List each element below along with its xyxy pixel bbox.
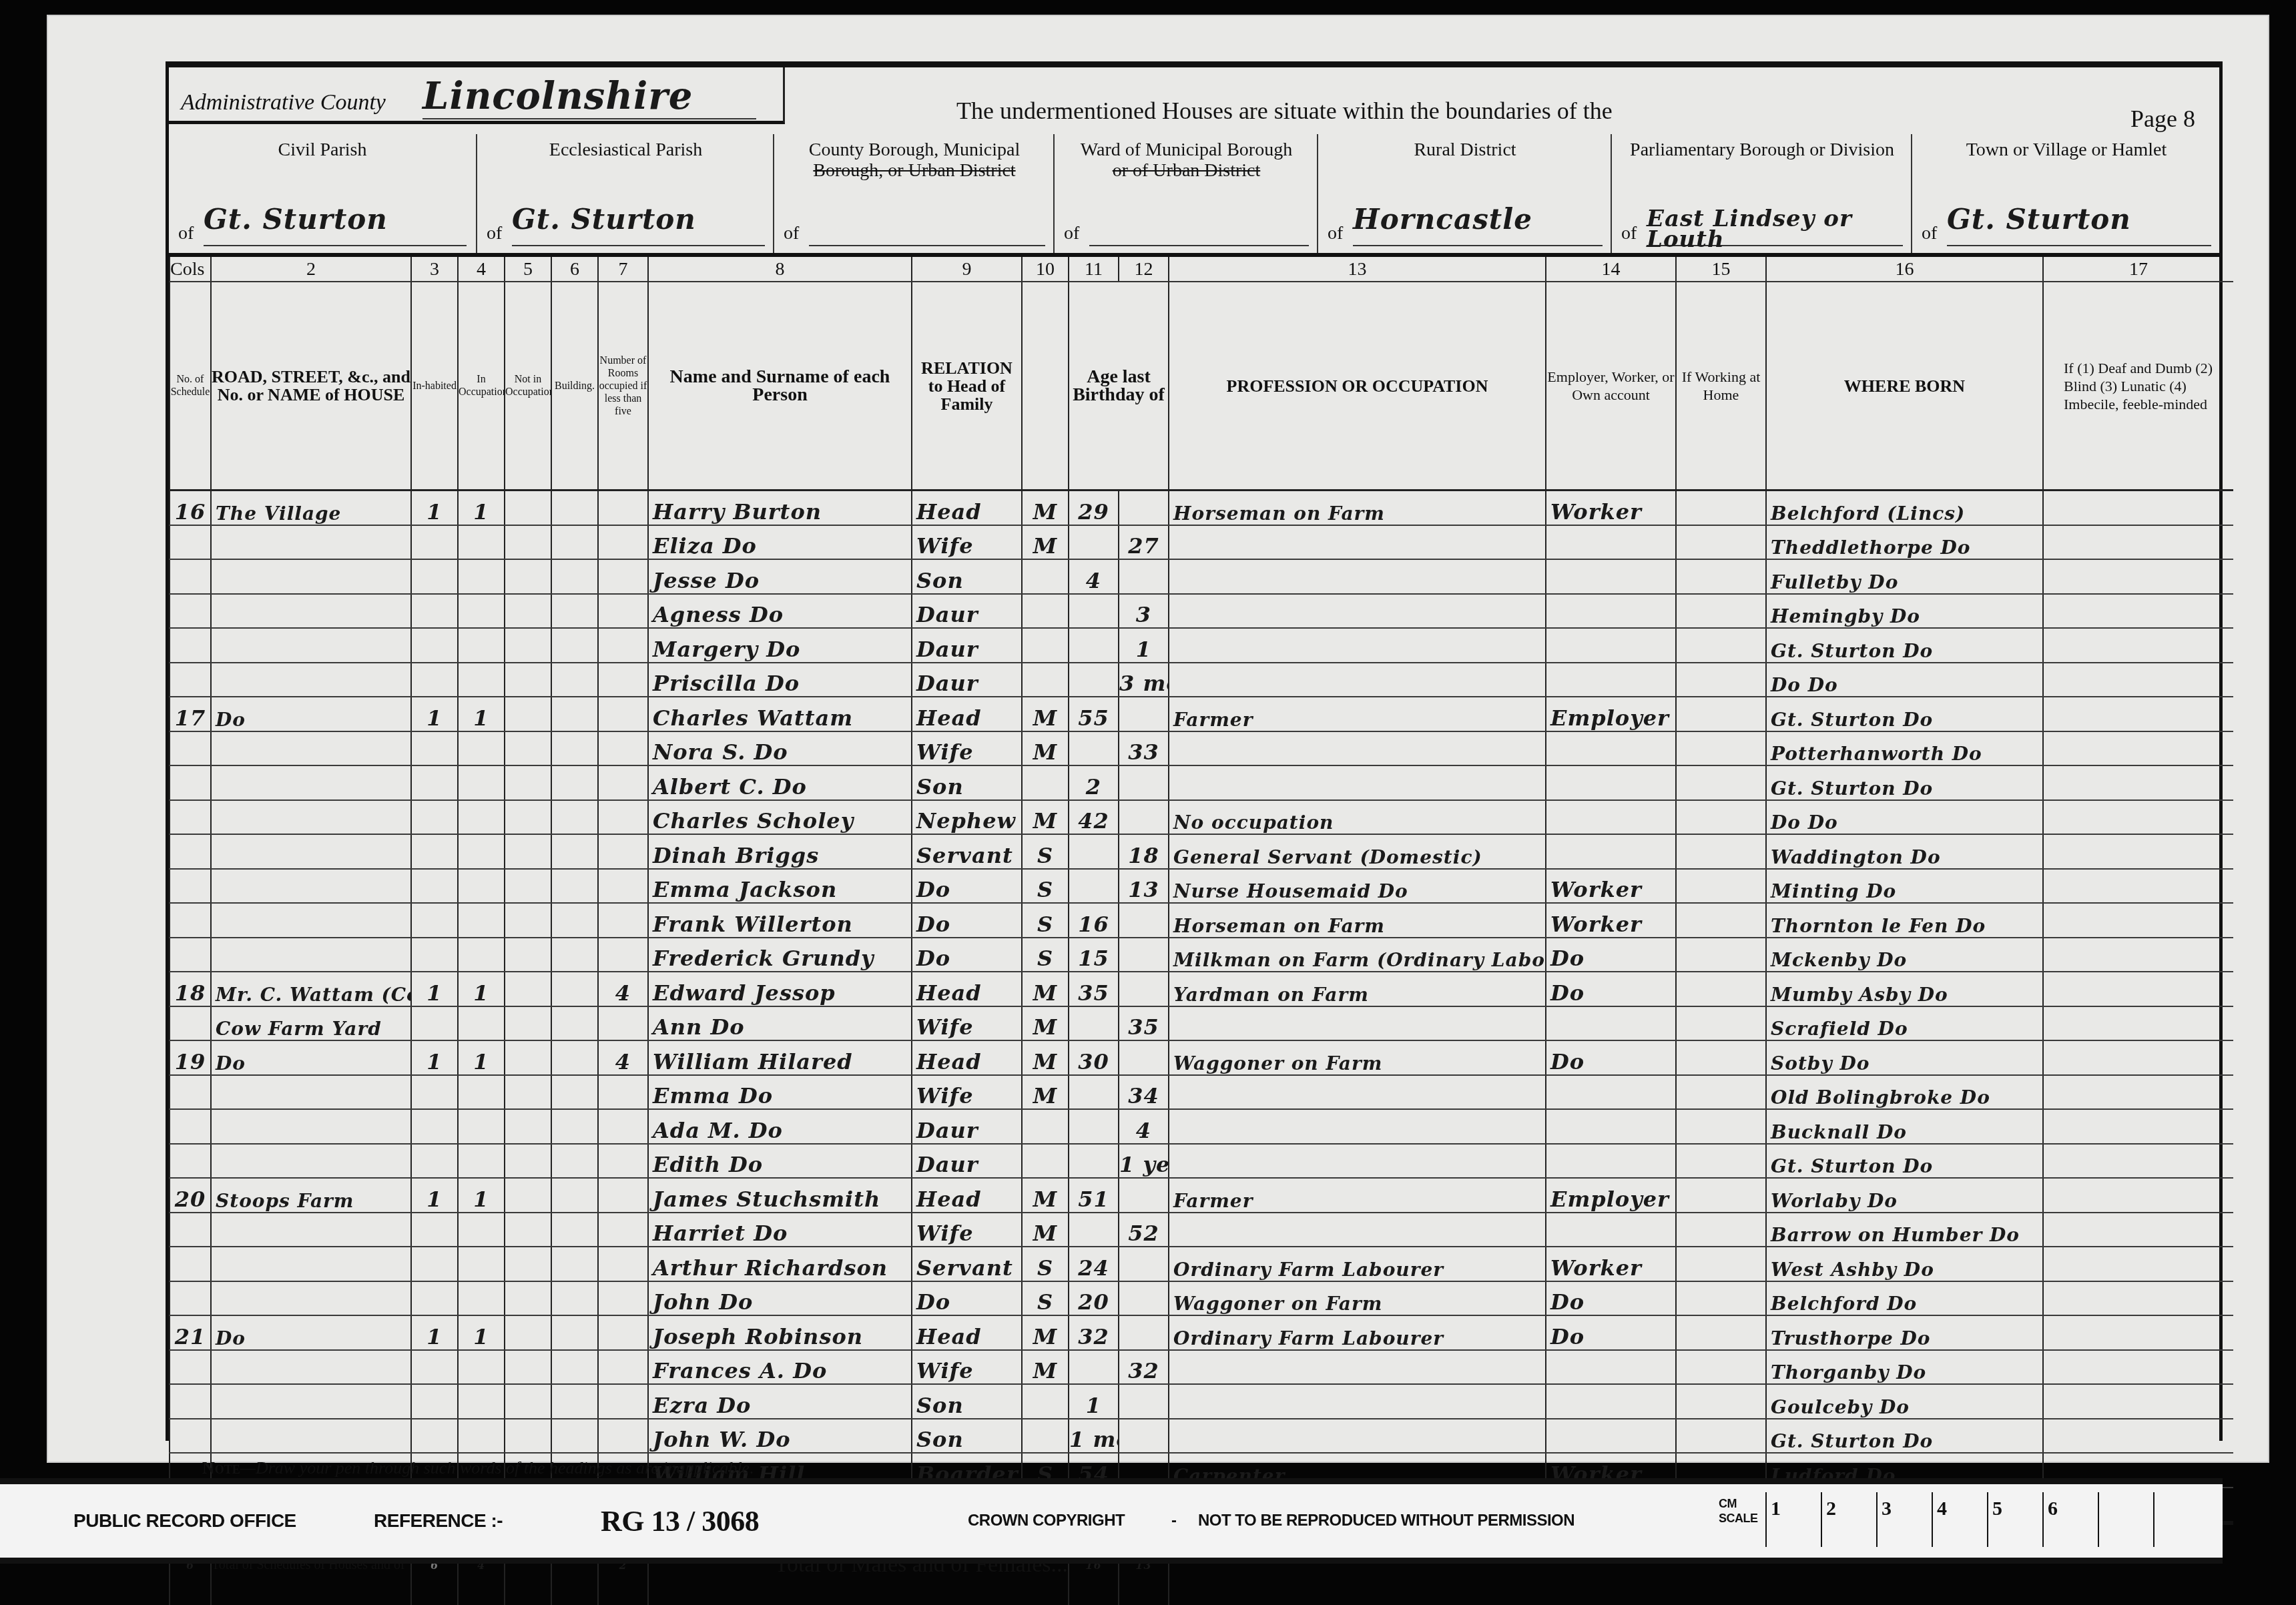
occupation — [1169, 1144, 1546, 1179]
occupation: Waggoner on Farm — [1169, 1040, 1546, 1075]
working-at-home — [1676, 1315, 1766, 1350]
working-at-home — [1676, 1384, 1766, 1419]
rooms — [598, 1384, 648, 1419]
not-in-occupation — [505, 1350, 551, 1385]
employer-worker: Worker — [1546, 491, 1676, 525]
inhabited — [411, 1144, 458, 1179]
table-row: 17Do11Charles WattamHeadM55FarmerEmploye… — [170, 697, 2233, 731]
employer-worker — [1546, 800, 1676, 835]
age-female — [1119, 1178, 1169, 1213]
house-name — [211, 834, 411, 869]
infirmity — [2043, 800, 2233, 835]
house-name: Cow Farm Yard — [211, 1006, 411, 1041]
age-female — [1119, 1247, 1169, 1281]
schedule-number — [170, 1281, 211, 1316]
occupation — [1169, 731, 1546, 766]
not-in-occupation — [505, 903, 551, 938]
infirmity — [2043, 1350, 2233, 1385]
marital-condition: M — [1022, 697, 1069, 731]
age-female: 33 — [1119, 731, 1169, 766]
infirmity — [2043, 731, 2233, 766]
working-at-home — [1676, 1040, 1766, 1075]
age-male: 42 — [1069, 800, 1119, 835]
not-in-occupation — [505, 1247, 551, 1281]
employer-worker: Worker — [1546, 1247, 1676, 1281]
inhabited — [411, 800, 458, 835]
rooms — [598, 525, 648, 560]
house-name — [211, 1281, 411, 1316]
person-name: Arthur Richardson — [648, 1247, 912, 1281]
rooms — [598, 1350, 648, 1385]
not-in-occupation — [505, 491, 551, 525]
age-female: 18 — [1119, 834, 1169, 869]
house-name — [211, 594, 411, 629]
person-name: Charles Wattam — [648, 697, 912, 731]
relation: Daur — [912, 628, 1022, 663]
infirmity — [2043, 559, 2233, 594]
schedule-number — [170, 800, 211, 835]
header-not-in-occupation: Not in Occupation. — [505, 282, 551, 491]
in-occupation — [458, 1075, 505, 1110]
working-at-home — [1676, 1419, 1766, 1454]
age-female: 52 — [1119, 1213, 1169, 1247]
header-working-at-home: If Working at Home — [1676, 282, 1766, 491]
inhabited — [411, 1247, 458, 1281]
schedule-number — [170, 903, 211, 938]
working-at-home — [1676, 938, 1766, 972]
not-in-occupation — [505, 1419, 551, 1454]
house-name: Stoops Farm — [211, 1178, 411, 1213]
where-born: Sotby Do — [1766, 1040, 2043, 1075]
infirmity — [2043, 1040, 2233, 1075]
working-at-home — [1676, 697, 1766, 731]
age-male: 55 — [1069, 697, 1119, 731]
employer-worker: Worker — [1546, 869, 1676, 904]
not-in-occupation — [505, 731, 551, 766]
infirmity — [2043, 1006, 2233, 1041]
marital-condition — [1022, 1419, 1069, 1454]
age-male: 1 — [1069, 1384, 1119, 1419]
rooms — [598, 800, 648, 835]
schedule-number: 19 — [170, 1040, 211, 1075]
relation: Do — [912, 903, 1022, 938]
person-name: Frederick Grundy — [648, 938, 912, 972]
table-row: Cow Farm YardAnn DoWifeM35Scrafield Do — [170, 1006, 2233, 1041]
inhabited — [411, 834, 458, 869]
where-born: Thornton le Fen Do — [1766, 903, 2043, 938]
relation: Servant — [912, 1247, 1022, 1281]
table-row: Edith DoDaur1 yearGt. Sturton Do — [170, 1144, 2233, 1179]
column-numbers: Cols 1 2 3 4 5 6 7 8 9 10 11 12 13 14 15… — [170, 257, 2233, 282]
inhabited — [411, 1281, 458, 1316]
occupation — [1169, 628, 1546, 663]
house-name — [211, 800, 411, 835]
in-occupation — [458, 594, 505, 629]
working-at-home — [1676, 1350, 1766, 1385]
marital-condition: M — [1022, 1178, 1069, 1213]
age-male: 4 — [1069, 559, 1119, 594]
in-occupation — [458, 1247, 505, 1281]
table-row: Emma JacksonDoS13Nurse Housemaid DoWorke… — [170, 869, 2233, 904]
inhabited: 1 — [411, 1040, 458, 1075]
header-building: Building. — [551, 282, 598, 491]
age-female: 4 — [1119, 1109, 1169, 1144]
inhabited: 1 — [411, 972, 458, 1006]
age-female — [1119, 697, 1169, 731]
where-born: Waddington Do — [1766, 834, 2043, 869]
rooms — [598, 1144, 648, 1179]
infirmity — [2043, 1213, 2233, 1247]
table-row: Arthur RichardsonServantS24Ordinary Farm… — [170, 1247, 2233, 1281]
infirmity — [2043, 1178, 2233, 1213]
age-female: 34 — [1119, 1075, 1169, 1110]
page-number: Page 8 — [2130, 105, 2195, 133]
rooms — [598, 1419, 648, 1454]
inhabited: 1 — [411, 1315, 458, 1350]
schedule-number: 18 — [170, 972, 211, 1006]
building — [551, 1384, 598, 1419]
area-value: Gt. Sturton — [512, 209, 765, 246]
area-town-village: Town or Village or Hamlet of Gt. Sturton — [1911, 134, 2221, 253]
rooms — [598, 1281, 648, 1316]
house-name — [211, 1213, 411, 1247]
age-female — [1119, 903, 1169, 938]
relation: Do — [912, 869, 1022, 904]
area-county-borough: County Borough, Municipal Borough, or Ur… — [773, 134, 1055, 253]
person-name: Margery Do — [648, 628, 912, 663]
in-occupation: 1 — [458, 1315, 505, 1350]
inhabited — [411, 938, 458, 972]
marital-condition: M — [1022, 1213, 1069, 1247]
rooms — [598, 491, 648, 525]
occupation: Ordinary Farm Labourer — [1169, 1247, 1546, 1281]
area-value — [809, 209, 1045, 246]
employer-worker: Do — [1546, 1315, 1676, 1350]
building — [551, 1040, 598, 1075]
infirmity — [2043, 1281, 2233, 1316]
schedule-number — [170, 869, 211, 904]
public-record-office: PUBLIC RECORD OFFICE — [73, 1510, 296, 1532]
rooms — [598, 731, 648, 766]
marital-condition: M — [1022, 1006, 1069, 1041]
occupation: General Servant (Domestic) — [1169, 834, 1546, 869]
relation: Head — [912, 491, 1022, 525]
header-inhabited: In-habited — [411, 282, 458, 491]
in-occupation — [458, 765, 505, 800]
building — [551, 491, 598, 525]
working-at-home — [1676, 903, 1766, 938]
marital-condition: M — [1022, 491, 1069, 525]
age-female — [1119, 972, 1169, 1006]
employer-worker — [1546, 1144, 1676, 1179]
working-at-home — [1676, 1247, 1766, 1281]
occupation: Yardman on Farm — [1169, 972, 1546, 1006]
table-row: Albert C. DoSon2Gt. Sturton Do — [170, 765, 2233, 800]
marital-condition — [1022, 1384, 1069, 1419]
working-at-home — [1676, 834, 1766, 869]
in-occupation: 1 — [458, 1040, 505, 1075]
relation: Son — [912, 1384, 1022, 1419]
marital-condition: M — [1022, 1075, 1069, 1110]
employer-worker: Do — [1546, 938, 1676, 972]
reference-number: RG 13 / 3068 — [601, 1504, 759, 1538]
table-row: Priscilla DoDaur3 monthsDo Do — [170, 663, 2233, 697]
building — [551, 731, 598, 766]
table-row: Ezra DoSon1Goulceby Do — [170, 1384, 2233, 1419]
person-name: Nora S. Do — [648, 731, 912, 766]
relation: Son — [912, 765, 1022, 800]
working-at-home — [1676, 559, 1766, 594]
marital-condition: S — [1022, 1247, 1069, 1281]
infirmity — [2043, 834, 2233, 869]
age-male — [1069, 834, 1119, 869]
age-female: 13 — [1119, 869, 1169, 904]
age-female — [1119, 1384, 1169, 1419]
table-row: 20Stoops Farm11James StuchsmithHeadM51Fa… — [170, 1178, 2233, 1213]
building — [551, 1315, 598, 1350]
not-in-occupation — [505, 559, 551, 594]
area-label: Civil Parish — [169, 134, 476, 160]
relation: Head — [912, 1178, 1022, 1213]
relation: Daur — [912, 594, 1022, 629]
marital-condition: M — [1022, 525, 1069, 560]
employer-worker: Do — [1546, 1281, 1676, 1316]
house-name — [211, 1109, 411, 1144]
age-male — [1069, 525, 1119, 560]
building — [551, 1178, 598, 1213]
header-condition: Condition as to Marriage — [1022, 282, 1069, 491]
age-male: 29 — [1069, 491, 1119, 525]
occupation: Waggoner on Farm — [1169, 1281, 1546, 1316]
where-born: Barrow on Humber Do — [1766, 1213, 2043, 1247]
working-at-home — [1676, 1075, 1766, 1110]
rooms — [598, 1315, 648, 1350]
in-occupation — [458, 525, 505, 560]
header-occupation: PROFESSION OR OCCUPATION — [1169, 282, 1546, 491]
header-employer: Employer, Worker, or Own account — [1546, 282, 1676, 491]
age-female — [1119, 491, 1169, 525]
in-occupation — [458, 834, 505, 869]
relation: Head — [912, 697, 1022, 731]
infirmity — [2043, 697, 2233, 731]
schedule-number — [170, 628, 211, 663]
where-born: Gt. Sturton Do — [1766, 765, 2043, 800]
where-born: Potterhanworth Do — [1766, 731, 2043, 766]
area-label-struck: or of Urban District — [1055, 160, 1318, 181]
person-name: Agness Do — [648, 594, 912, 629]
person-name: William Hilared — [648, 1040, 912, 1075]
employer-worker — [1546, 765, 1676, 800]
infirmity — [2043, 869, 2233, 904]
header-in-occupation: In Occupation. — [458, 282, 505, 491]
person-name: Harriet Do — [648, 1213, 912, 1247]
header-name: Name and Surname of each Person — [648, 282, 912, 491]
reference-label: REFERENCE :- — [374, 1510, 503, 1532]
person-name: Edith Do — [648, 1144, 912, 1179]
not-in-occupation — [505, 1109, 551, 1144]
in-occupation — [458, 1006, 505, 1041]
not-in-occupation — [505, 972, 551, 1006]
rooms — [598, 938, 648, 972]
employer-worker — [1546, 1419, 1676, 1454]
infirmity — [2043, 628, 2233, 663]
where-born: Worlaby Do — [1766, 1178, 2043, 1213]
header-relation: RELATION to Head of Family — [912, 282, 1022, 491]
table-row: Nora S. DoWifeM33Potterhanworth Do — [170, 731, 2233, 766]
age-male: 15 — [1069, 938, 1119, 972]
inhabited — [411, 1006, 458, 1041]
age-female: 3 — [1119, 594, 1169, 629]
where-born: West Ashby Do — [1766, 1247, 2043, 1281]
area-label: Ecclesiastical Parish — [477, 134, 774, 160]
not-in-occupation — [505, 525, 551, 560]
building — [551, 869, 598, 904]
schedule-number — [170, 1144, 211, 1179]
age-male — [1069, 663, 1119, 697]
building — [551, 628, 598, 663]
building — [551, 1419, 598, 1454]
form-note: Note—Draw your pen through such words of… — [202, 1458, 754, 1478]
building — [551, 697, 598, 731]
where-born: Thorganby Do — [1766, 1350, 2043, 1385]
table-row: 16The Village11Harry BurtonHeadM29Horsem… — [170, 491, 2233, 525]
rooms — [598, 559, 648, 594]
not-in-occupation — [505, 834, 551, 869]
in-occupation — [458, 1350, 505, 1385]
not-in-occupation — [505, 938, 551, 972]
working-at-home — [1676, 628, 1766, 663]
working-at-home — [1676, 491, 1766, 525]
census-table: Cols 1 2 3 4 5 6 7 8 9 10 11 12 13 14 15… — [169, 257, 2233, 1605]
area-label-struck: Borough, or Urban District — [774, 160, 1055, 181]
infirmity — [2043, 972, 2233, 1006]
marital-condition: M — [1022, 1315, 1069, 1350]
not-in-occupation — [505, 1178, 551, 1213]
relation: Servant — [912, 834, 1022, 869]
marital-condition — [1022, 765, 1069, 800]
age-male: 20 — [1069, 1281, 1119, 1316]
where-born: Belchford (Lincs) — [1766, 491, 2043, 525]
table-row: Harriet DoWifeM52Barrow on Humber Do — [170, 1213, 2233, 1247]
inhabited — [411, 1384, 458, 1419]
building — [551, 1247, 598, 1281]
age-male: 1 month — [1069, 1419, 1119, 1454]
house-name — [211, 663, 411, 697]
person-name: James Stuchsmith — [648, 1178, 912, 1213]
in-occupation — [458, 938, 505, 972]
where-born: Gt. Sturton Do — [1766, 628, 2043, 663]
area-value — [1089, 209, 1309, 246]
working-at-home — [1676, 1178, 1766, 1213]
relation: Head — [912, 1315, 1022, 1350]
where-born: Mckenby Do — [1766, 938, 2043, 972]
building — [551, 1281, 598, 1316]
crown-copyright: CROWN COPYRIGHT — [968, 1512, 1125, 1530]
employer-worker: Employer — [1546, 1178, 1676, 1213]
house-name — [211, 1247, 411, 1281]
in-occupation — [458, 1109, 505, 1144]
working-at-home — [1676, 1006, 1766, 1041]
working-at-home — [1676, 1144, 1766, 1179]
person-name: John W. Do — [648, 1419, 912, 1454]
building — [551, 1144, 598, 1179]
occupation: Horseman on Farm — [1169, 903, 1546, 938]
occupation: No occupation — [1169, 800, 1546, 835]
employer-worker — [1546, 731, 1676, 766]
relation: Wife — [912, 1213, 1022, 1247]
occupation: Farmer — [1169, 697, 1546, 731]
inhabited — [411, 1213, 458, 1247]
where-born: Do Do — [1766, 663, 2043, 697]
infirmity — [2043, 1075, 2233, 1110]
person-name: Albert C. Do — [648, 765, 912, 800]
rooms — [598, 1178, 648, 1213]
relation: Daur — [912, 1144, 1022, 1179]
inhabited — [411, 1075, 458, 1110]
table-row: Jesse DoSon4Fulletby Do — [170, 559, 2233, 594]
infirmity — [2043, 765, 2233, 800]
employer-worker — [1546, 594, 1676, 629]
schedule-number — [170, 1109, 211, 1144]
occupation — [1169, 594, 1546, 629]
working-at-home — [1676, 525, 1766, 560]
inhabited — [411, 628, 458, 663]
schedule-number — [170, 559, 211, 594]
inhabited — [411, 1109, 458, 1144]
in-occupation — [458, 1213, 505, 1247]
house-name — [211, 1384, 411, 1419]
occupation: Milkman on Farm (Ordinary Labourer) — [1169, 938, 1546, 972]
working-at-home — [1676, 800, 1766, 835]
table-row: Ada M. DoDaur4Bucknall Do — [170, 1109, 2233, 1144]
not-in-occupation — [505, 1075, 551, 1110]
marital-condition: S — [1022, 834, 1069, 869]
area-value: Horncastle — [1353, 209, 1603, 246]
schedule-number — [170, 1350, 211, 1385]
occupation: Horseman on Farm — [1169, 491, 1546, 525]
building — [551, 594, 598, 629]
relation: Wife — [912, 1350, 1022, 1385]
where-born: Fulletby Do — [1766, 559, 2043, 594]
not-in-occupation — [505, 1040, 551, 1075]
census-page: Administrative County Lincolnshire The u… — [47, 15, 2269, 1463]
admin-county-value: Lincolnshire — [422, 74, 756, 119]
age-female — [1119, 938, 1169, 972]
area-civil-parish: Civil Parish of Gt. Sturton — [169, 134, 476, 253]
person-name: Joseph Robinson — [648, 1315, 912, 1350]
where-born: Bucknall Do — [1766, 1109, 2043, 1144]
area-label: Ward of Municipal Borough — [1055, 134, 1318, 160]
reproduction-notice: NOT TO BE REPRODUCED WITHOUT PERMISSION — [1198, 1512, 1574, 1530]
table-row: Frank WillertonDoS16Horseman on FarmWork… — [170, 903, 2233, 938]
where-born: Belchford Do — [1766, 1281, 2043, 1316]
building — [551, 559, 598, 594]
admin-county-label: Administrative County — [181, 90, 386, 115]
inhabited — [411, 1350, 458, 1385]
inhabited — [411, 525, 458, 560]
house-name — [211, 628, 411, 663]
working-at-home — [1676, 594, 1766, 629]
in-occupation — [458, 1144, 505, 1179]
building — [551, 800, 598, 835]
rooms — [598, 834, 648, 869]
age-male: 30 — [1069, 1040, 1119, 1075]
age-female — [1119, 1281, 1169, 1316]
marital-condition — [1022, 559, 1069, 594]
age-female — [1119, 1315, 1169, 1350]
marital-condition: M — [1022, 731, 1069, 766]
building — [551, 1350, 598, 1385]
